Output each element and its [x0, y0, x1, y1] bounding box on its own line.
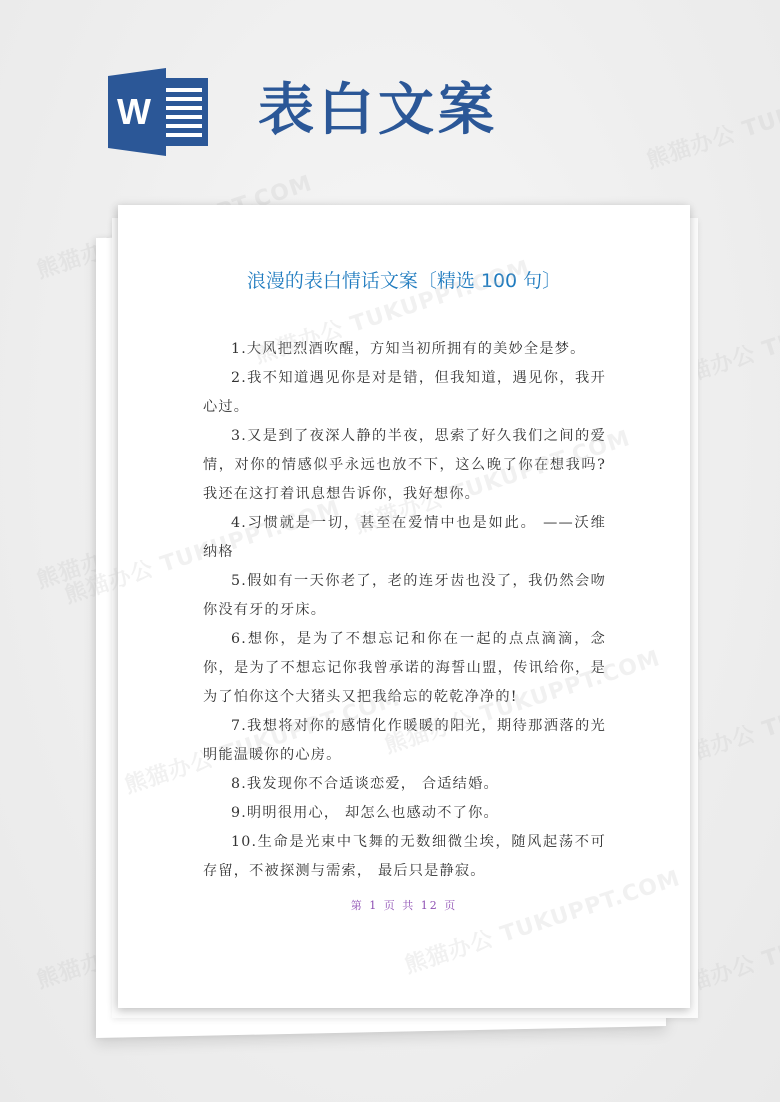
paragraph-2: 2.我不知道遇见你是对是错，但我知道，遇见你，我开心过。 — [203, 364, 606, 422]
word-icon: W — [108, 68, 210, 156]
document-page: 浪漫的表白情话文案〔精选 100 句〕 1.大风把烈酒吹醒，方知当初所拥有的美妙… — [118, 205, 690, 1008]
document-title: 浪漫的表白情话文案〔精选 100 句〕 — [118, 267, 690, 295]
paragraph-6: 6.想你，是为了不想忘记和你在一起的点点滴滴，念你，是为了不想忘记你我曾承诺的海… — [203, 625, 606, 712]
paragraph-8: 8.我发现你不合适谈恋爱， 合适结婚。 — [203, 770, 606, 799]
page-number-footer: 第 1 页 共 12 页 — [118, 897, 690, 913]
paragraph-1: 1.大风把烈酒吹醒，方知当初所拥有的美妙全是梦。 — [203, 335, 606, 364]
svg-text:W: W — [117, 91, 151, 132]
paragraph-5: 5.假如有一天你老了，老的连牙齿也没了，我仍然会吻你没有牙的牙床。 — [203, 567, 606, 625]
paragraph-9: 9.明明很用心， 却怎么也感动不了你。 — [203, 799, 606, 828]
paragraph-4: 4.习惯就是一切，甚至在爱情中也是如此。 ——沃维纳格 — [203, 509, 606, 567]
document-body: 1.大风把烈酒吹醒，方知当初所拥有的美妙全是梦。 2.我不知道遇见你是对是错，但… — [203, 335, 606, 886]
paragraph-3: 3.又是到了夜深人静的半夜，思索了好久我们之间的爱情，对你的情感似乎永远也放不下… — [203, 422, 606, 509]
paragraph-7: 7.我想将对你的感情化作暖暖的阳光，期待那洒落的光明能温暖你的心房。 — [203, 712, 606, 770]
header-title: 表白文案 — [258, 72, 498, 148]
paragraph-10: 10.生命是光束中飞舞的无数细微尘埃，随风起荡不可存留，不被探测与需索， 最后只… — [203, 828, 606, 886]
